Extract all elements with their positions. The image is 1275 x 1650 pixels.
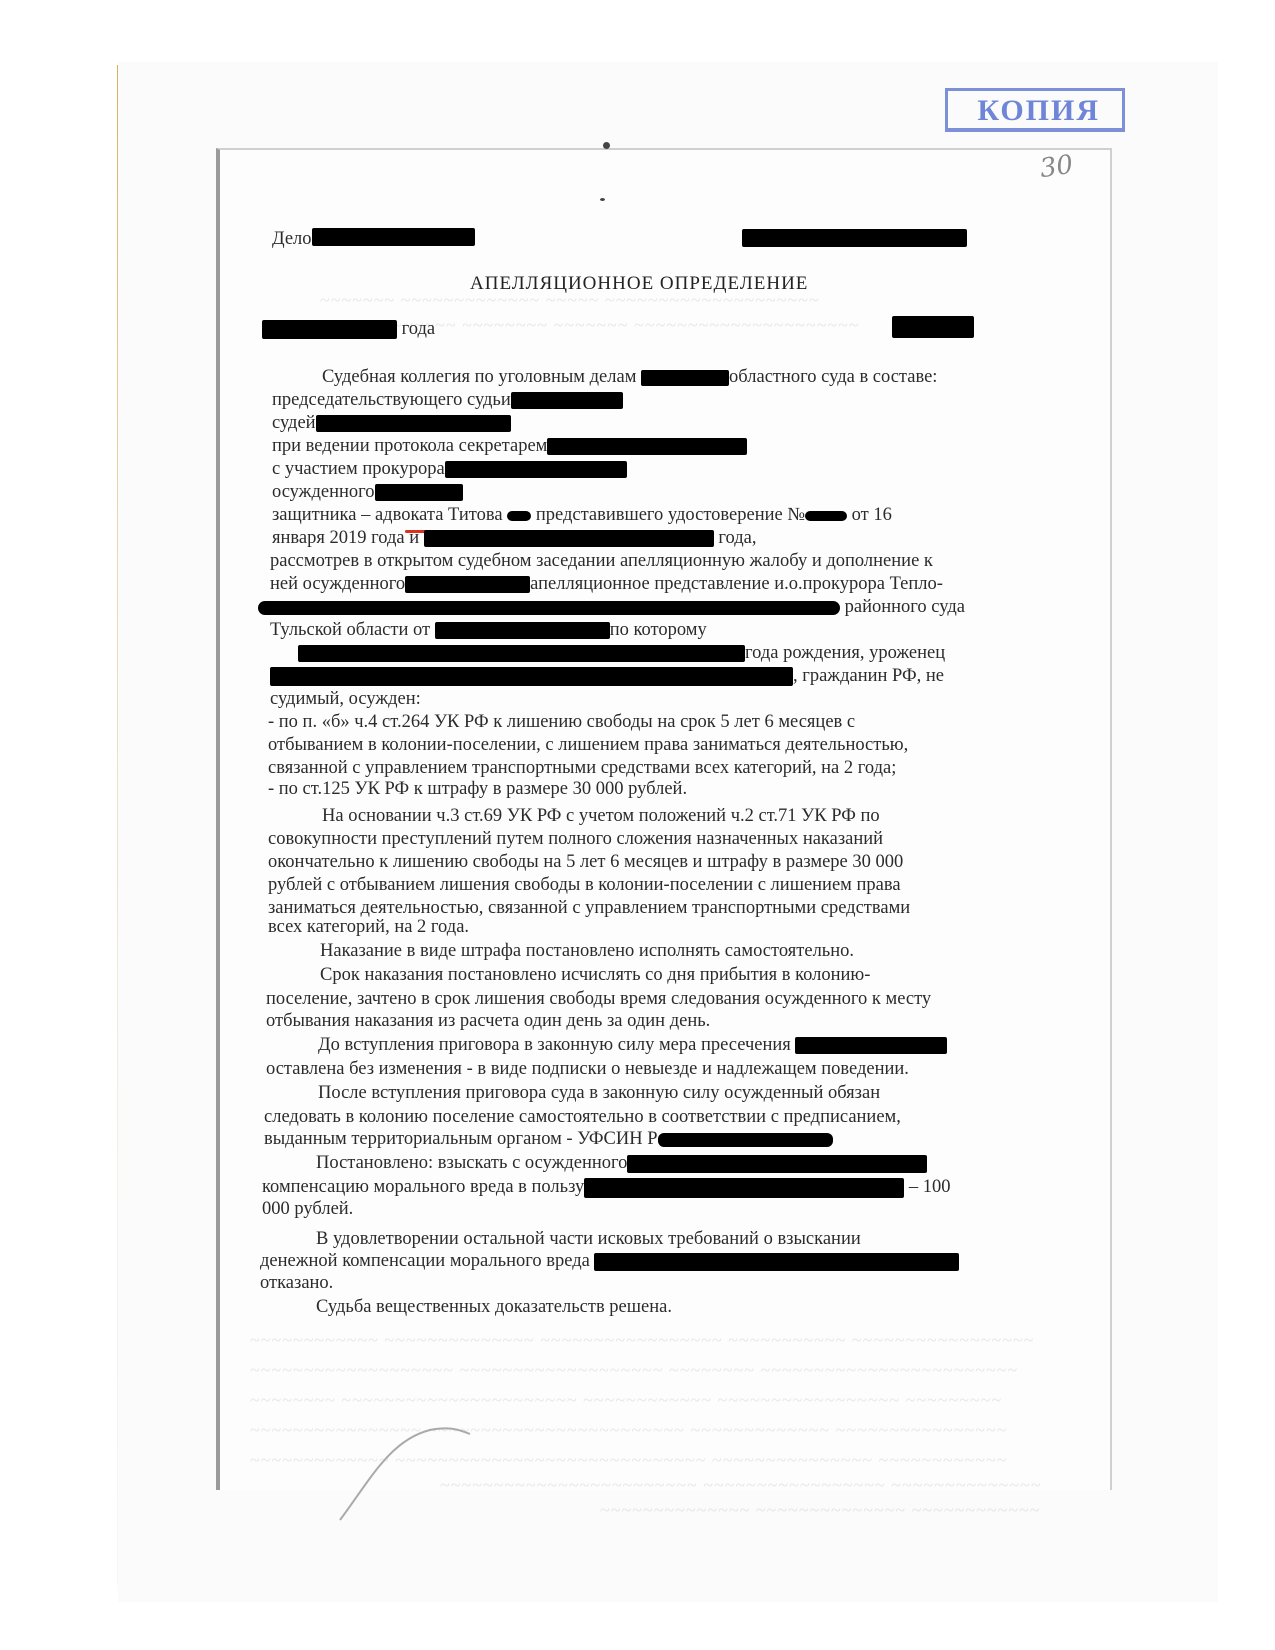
- text: Тульской области от: [270, 620, 430, 640]
- text: выданным территориальным органом - УФСИН…: [264, 1129, 658, 1149]
- redaction: [445, 461, 627, 478]
- punch-mark: [600, 198, 605, 201]
- secretary-line: при ведении протокола секретарем: [272, 435, 747, 457]
- redaction: [262, 320, 397, 339]
- restraint-line: оставлена без изменения - в виде подписк…: [266, 1058, 909, 1080]
- redaction: [658, 1133, 833, 1147]
- compensation-line: Постановлено: взыскать с осужденного: [316, 1152, 927, 1174]
- sentence-line: - по ст.125 УК РФ к штрафу в размере 30 …: [268, 778, 687, 800]
- case-label: Дело: [272, 229, 312, 249]
- paragraph-intro: Судебная коллегия по уголовным делам обл…: [322, 366, 937, 388]
- text: судей: [272, 413, 316, 433]
- presiding-judge-line: председательствующего судьи: [272, 389, 623, 411]
- term-line: отбывания наказания из расчета один день…: [266, 1010, 710, 1032]
- text: Судебная коллегия по уголовным делам: [322, 367, 636, 387]
- sentence-line: отбыванием в колонии-поселении, с лишени…: [268, 734, 908, 756]
- court-name-line: [742, 226, 967, 248]
- defender-line: защитника – адвоката Титова представивше…: [272, 504, 988, 526]
- text: областного суда в составе:: [729, 367, 937, 387]
- redaction: [270, 667, 793, 686]
- redaction: [298, 645, 745, 662]
- text: представившего удостоверение №: [536, 505, 805, 525]
- text: с участием прокурора: [272, 459, 445, 479]
- text: компенсацию морального вреда в пользу: [262, 1177, 584, 1197]
- consideration-line-1: рассмотрев в открытом судебном заседании…: [270, 550, 933, 572]
- consideration-line-5: года рождения, уроженец: [298, 642, 945, 664]
- cumulative-line: На основании ч.3 ст.69 УК РФ с учетом по…: [322, 805, 880, 827]
- consideration-line-7: судимый, осужден:: [270, 688, 421, 710]
- restraint-line: До вступления приговора в законную силу …: [318, 1034, 947, 1056]
- defender-warrant-line: января 2019 года и года,: [272, 527, 756, 549]
- fine-line: Наказание в виде штрафа постановлено исп…: [320, 940, 854, 962]
- after-line: следовать в колонию поселение самостояте…: [264, 1106, 901, 1128]
- cumulative-line: окончательно к лишению свободы на 5 лет …: [268, 851, 903, 873]
- date-line: года: [262, 318, 435, 340]
- sentence-line: - по п. «б» ч.4 ст.264 УК РФ к лишению с…: [268, 711, 855, 733]
- text: До вступления приговора в законную силу …: [318, 1035, 791, 1055]
- signature-stroke: [330, 1420, 530, 1530]
- prosecutor-line: с участием прокурора: [272, 458, 627, 480]
- after-line: выданным территориальным органом - УФСИН…: [264, 1128, 833, 1150]
- consideration-line-3: районного суда: [258, 596, 965, 618]
- text: года,: [718, 528, 756, 548]
- text: районного суда: [845, 597, 965, 617]
- bleed-through-text: ~~~~~~~~~~~~~~~~~~~~~~~~ ~~~~~~~~~~~~~~~…: [440, 1475, 1042, 1496]
- bleed-through-text: ~~~~~~~~ ~~~~~~~~~~~~~~~~~~~~~~ ~~~~~~~~…: [250, 1390, 1002, 1411]
- text: – 100: [909, 1177, 951, 1197]
- term-line: поселение, зачтено в срок лишения свобод…: [266, 988, 931, 1010]
- date-suffix: года: [402, 319, 435, 339]
- redaction: [258, 601, 840, 615]
- term-line: Срок наказания постановлено исчислять со…: [320, 964, 870, 986]
- text: Постановлено: взыскать с осужденного: [316, 1153, 627, 1173]
- text: от 16: [852, 505, 892, 525]
- text: по которому: [610, 620, 707, 640]
- text: года рождения, уроженец: [745, 643, 945, 663]
- bleed-through-text: ~~~~~~~~~~~~ ~~~~~~~~~~~~~~ ~~~~~~~~~~~~…: [250, 1330, 1034, 1351]
- cumulative-line: всех категорий, на 2 года.: [268, 916, 469, 938]
- after-line: После вступления приговора суда в законн…: [318, 1082, 880, 1104]
- redaction: [507, 511, 531, 521]
- convicted-line: осужденного: [272, 481, 463, 503]
- evidence-line: Судьба вещественных доказательств решена…: [316, 1296, 672, 1318]
- city-line: [892, 315, 974, 338]
- text: защитника – адвоката Титова: [272, 505, 503, 525]
- text: ней осужденного: [270, 574, 405, 594]
- redaction: [795, 1037, 947, 1054]
- redaction: [511, 392, 623, 409]
- consideration-line-2: ней осужденногоапелляционное представлен…: [270, 573, 943, 595]
- refusal-line: денежной компенсации морального вреда: [260, 1250, 959, 1272]
- compensation-line: 000 рублей.: [262, 1198, 353, 1220]
- cumulative-line: совокупности преступлений путем полного …: [268, 828, 883, 850]
- redaction: [312, 228, 475, 246]
- redaction: [627, 1155, 927, 1173]
- redaction: [641, 370, 729, 386]
- punch-mark: [603, 142, 610, 149]
- redaction: [892, 316, 974, 338]
- text: , гражданин РФ, не: [793, 666, 944, 686]
- compensation-line: компенсацию морального вреда в пользу – …: [262, 1176, 951, 1198]
- refusal-line: В удовлетворении остальной части исковых…: [316, 1228, 861, 1250]
- text: осужденного: [272, 482, 375, 502]
- sentence-line: связанной с управлением транспортными ср…: [268, 757, 896, 779]
- page-number: 30: [1038, 150, 1075, 184]
- text: при ведении протокола секретарем: [272, 436, 547, 456]
- text: января 2019 года и: [272, 528, 419, 548]
- bleed-through-text: ~~~~~~~~~~~~~~~~~~~ ~~~~~~~~~~~~~~~~~~~ …: [250, 1360, 1018, 1381]
- text: апелляционное представление и.о.прокурор…: [530, 574, 943, 594]
- consideration-line-6: , гражданин РФ, не: [270, 665, 944, 687]
- redaction: [742, 229, 967, 247]
- redaction: [375, 484, 463, 501]
- redaction: [316, 415, 511, 432]
- redaction: [594, 1253, 959, 1271]
- judges-line: судей: [272, 412, 511, 434]
- redaction: [547, 438, 747, 455]
- cumulative-line: рублей с отбыванием лишения свободы в ко…: [268, 874, 901, 896]
- refusal-line: отказано.: [260, 1272, 333, 1294]
- bleed-through-text: ~~~~~~~~~~~~~~ ~~~~~~~~~~~~~~ ~~~~~~~~~~…: [600, 1500, 1041, 1521]
- copy-stamp: КОПИЯ: [945, 88, 1125, 132]
- text: денежной компенсации морального вреда: [260, 1251, 590, 1271]
- case-number-line: Дело: [272, 228, 475, 250]
- consideration-line-4: Тульской области от по которому: [270, 619, 707, 641]
- redaction: [435, 622, 610, 639]
- redaction: [584, 1178, 904, 1198]
- document-title: АПЕЛЛЯЦИОННОЕ ОПРЕДЕЛЕНИЕ: [470, 273, 808, 295]
- text: председательствующего судьи: [272, 390, 511, 410]
- redaction: [805, 511, 847, 521]
- redaction: [405, 576, 530, 593]
- redaction: [424, 530, 714, 547]
